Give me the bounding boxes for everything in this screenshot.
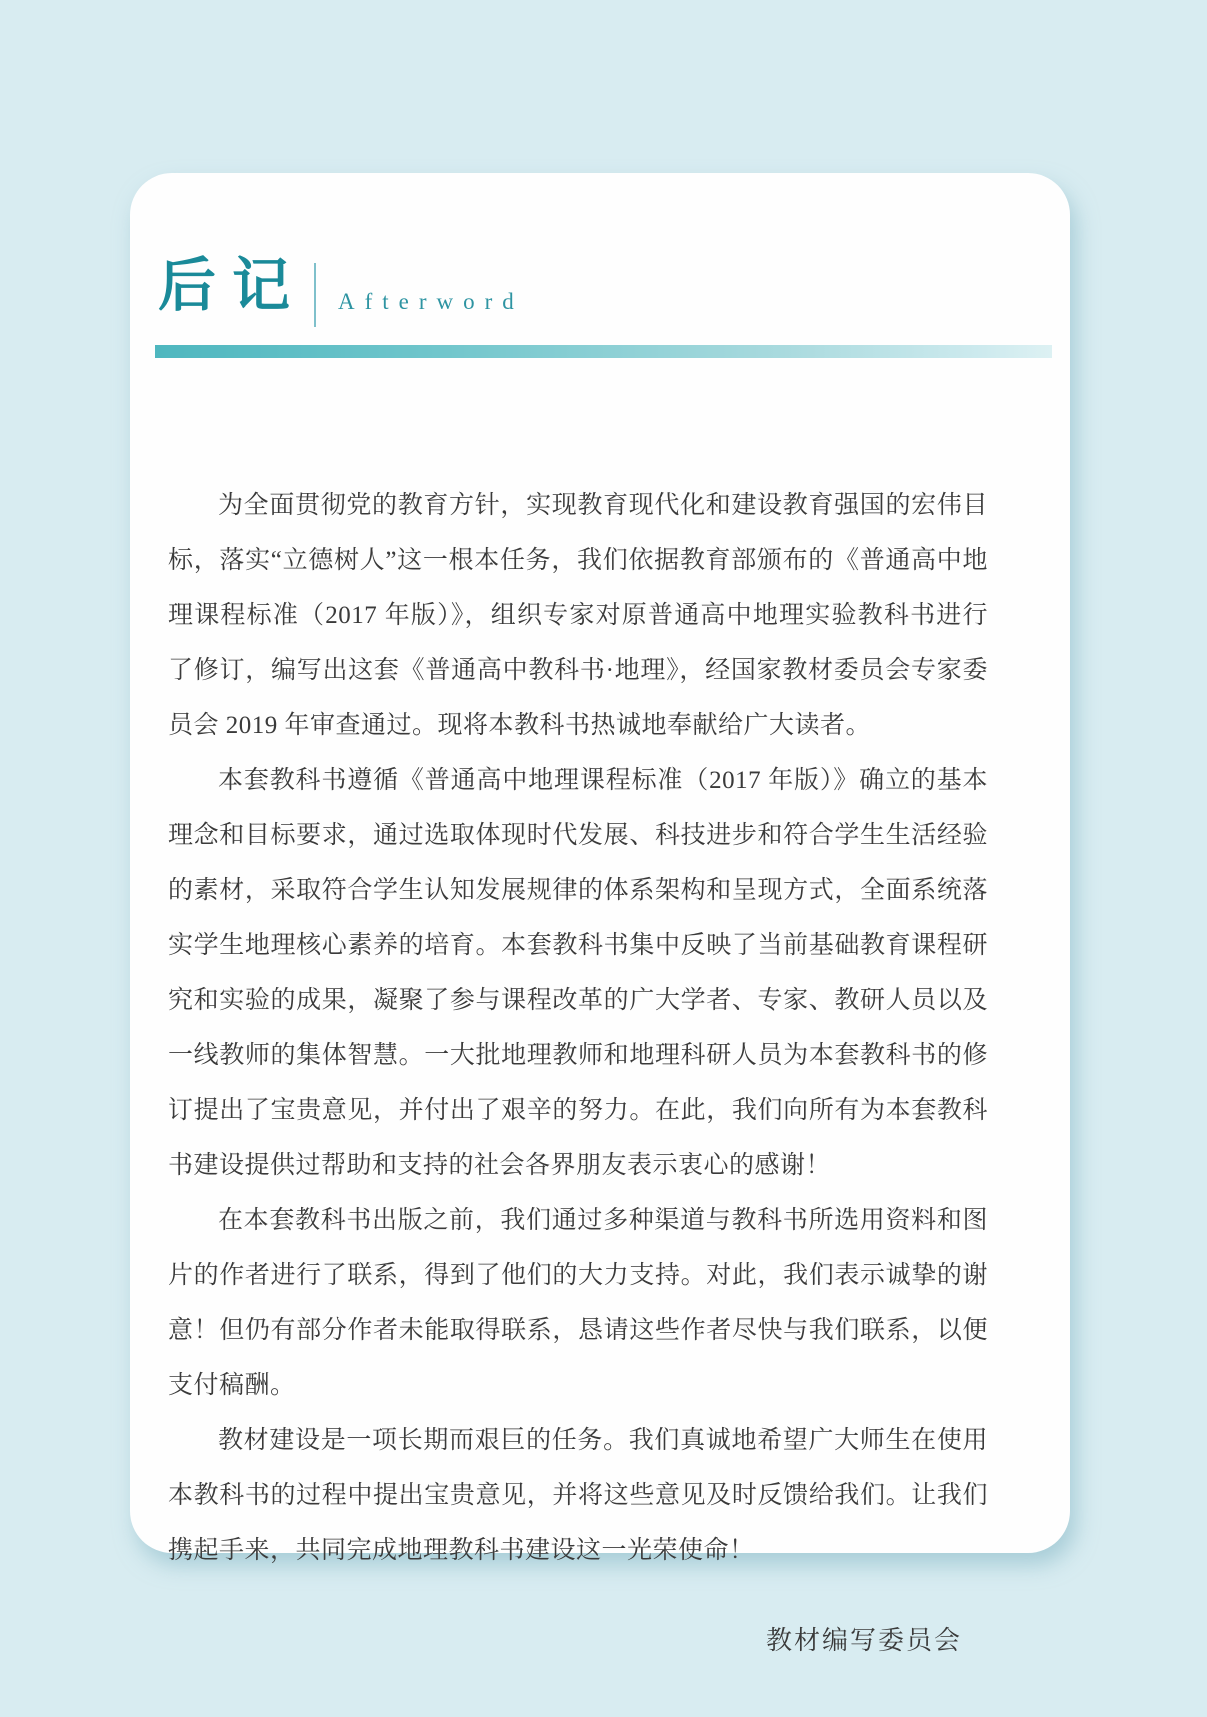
page-title-english: Afterword	[338, 289, 524, 315]
page-background: 后记Afterword 为全面贯彻党的教育方针，实现教育现代化和建设教育强国的宏…	[0, 0, 1207, 1717]
afterword-page-card: 后记Afterword 为全面贯彻党的教育方针，实现教育现代化和建设教育强国的宏…	[130, 173, 1070, 1553]
paragraph: 为全面贯彻党的教育方针，实现教育现代化和建设教育强国的宏伟目标，落实“立德树人”…	[168, 478, 988, 753]
paragraph: 教材建设是一项长期而艰巨的任务。我们真诚地希望广大师生在使用本教科书的过程中提出…	[168, 1413, 988, 1578]
afterword-body: 为全面贯彻党的教育方针，实现教育现代化和建设教育强国的宏伟目标，落实“立德树人”…	[168, 478, 988, 1657]
signature-committee: 教材编写委员会	[168, 1620, 988, 1657]
page-title: 后记	[158, 251, 306, 321]
title-divider	[314, 263, 316, 327]
page-header: 后记Afterword	[158, 251, 1042, 347]
paragraph: 在本套教科书出版之前，我们通过多种渠道与教科书所选用资料和图片的作者进行了联系，…	[168, 1193, 988, 1413]
header-gradient-rule	[155, 345, 1052, 358]
paragraph: 本套教科书遵循《普通高中地理课程标准（2017 年版）》确立的基本理念和目标要求…	[168, 753, 988, 1193]
